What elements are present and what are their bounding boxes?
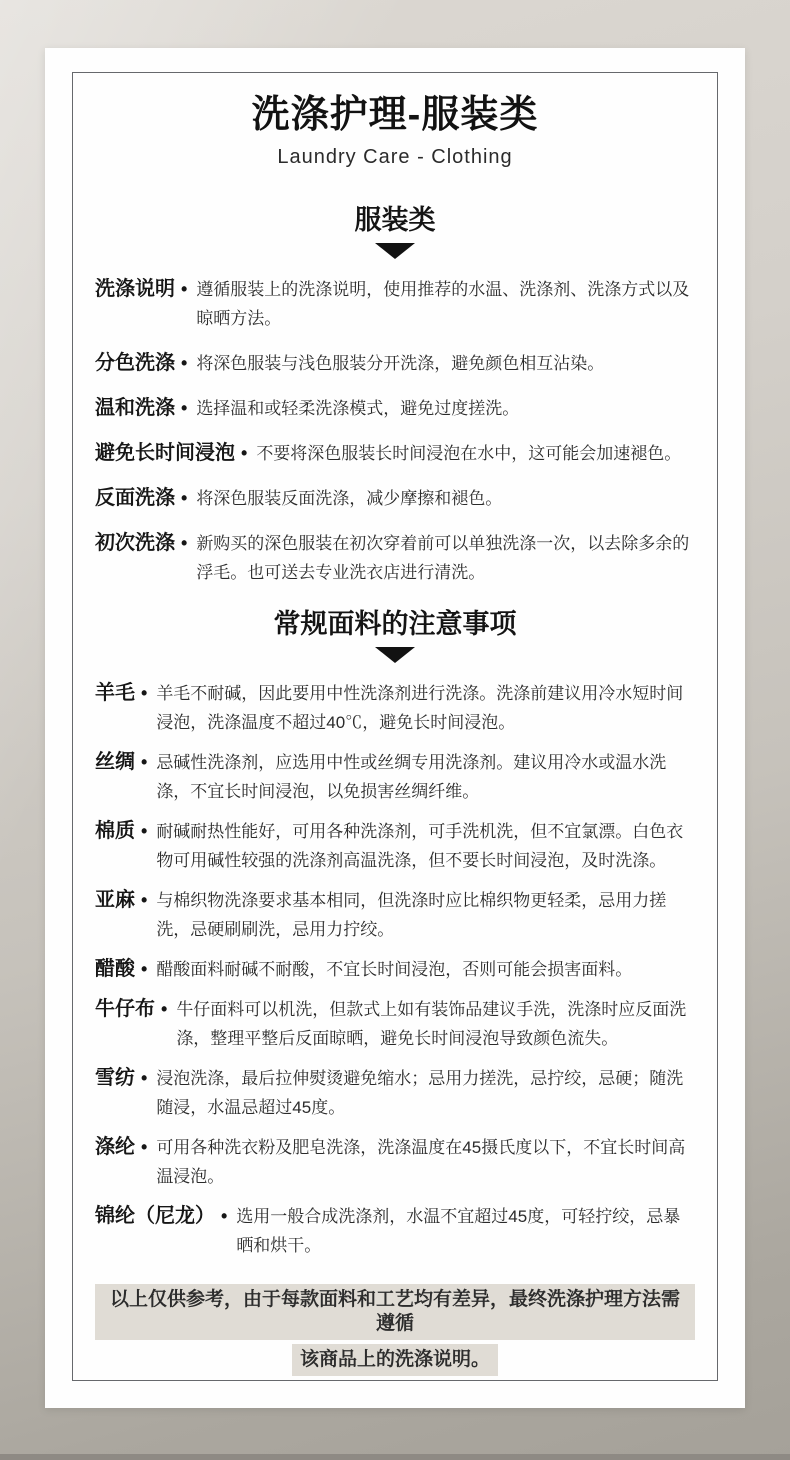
bullet-icon: • <box>141 1137 147 1157</box>
bullet-icon: • <box>141 1068 147 1088</box>
care-item-text: 新购买的深色服装在初次穿着前可以单独洗涤一次，以去除多余的浮毛。也可送去专业洗衣… <box>196 529 695 587</box>
section-heading-fabrics: 常规面料的注意事项 <box>95 609 695 639</box>
bullet-icon: • <box>221 1206 227 1226</box>
bullet-icon: • <box>141 821 147 841</box>
care-item: 初次洗涤• 新购买的深色服装在初次穿着前可以单独洗涤一次，以去除多余的浮毛。也可… <box>95 529 695 587</box>
care-item-text: 牛仔面料可以机洗，但款式上如有装饰品建议手洗，洗涤时应反面洗涤，整理平整后反面晾… <box>176 995 695 1053</box>
down-triangle-icon <box>375 243 415 259</box>
care-item: 温和洗涤• 选择温和或轻柔洗涤模式，避免过度搓洗。 <box>95 394 695 423</box>
care-item-label: 牛仔布• <box>95 995 176 1024</box>
bullet-icon: • <box>141 752 147 772</box>
care-item: 避免长时间浸泡• 不要将深色服装长时间浸泡在水中，这可能会加速褪色。 <box>95 439 695 468</box>
bullet-icon: • <box>181 533 187 553</box>
care-item-text: 醋酸面料耐碱不耐酸，不宜长时间浸泡，否则可能会损害面料。 <box>156 955 695 984</box>
footer-note-line1: 以上仅供参考，由于每款面料和工艺均有差异，最终洗涤护理方法需遵循 <box>95 1284 695 1340</box>
inner-frame: 洗涤护理-服装类 Laundry Care - Clothing 服装类 洗涤说… <box>72 72 718 1381</box>
care-item: 丝绸• 忌碱性洗涤剂，应选用中性或丝绸专用洗涤剂。建议用冷水或温水洗涤，不宜长时… <box>95 748 695 806</box>
care-item-label: 羊毛• <box>95 679 156 708</box>
bullet-icon: • <box>181 398 187 418</box>
fabric-care-list: 羊毛• 羊毛不耐碱，因此要用中性洗涤剂进行洗涤。洗涤前建议用冷水短时间浸泡，洗涤… <box>95 679 695 1260</box>
clothing-care-list: 洗涤说明• 遵循服装上的洗涤说明，使用推荐的水温、洗涤剂、洗涤方式以及晾晒方法。… <box>95 275 695 587</box>
bullet-icon: • <box>141 683 147 703</box>
care-item-label: 棉质• <box>95 817 156 846</box>
care-item-text: 不要将深色服装长时间浸泡在水中，这可能会加速褪色。 <box>256 439 695 468</box>
down-triangle-icon <box>375 647 415 663</box>
care-item-text: 遵循服装上的洗涤说明，使用推荐的水温、洗涤剂、洗涤方式以及晾晒方法。 <box>196 275 695 333</box>
footer-note: 以上仅供参考，由于每款面料和工艺均有差异，最终洗涤护理方法需遵循 该商品上的洗涤… <box>95 1282 695 1378</box>
care-item: 洗涤说明• 遵循服装上的洗涤说明，使用推荐的水温、洗涤剂、洗涤方式以及晾晒方法。 <box>95 275 695 333</box>
care-item-label: 洗涤说明• <box>95 275 196 304</box>
bullet-icon: • <box>181 279 187 299</box>
care-item: 分色洗涤• 将深色服装与浅色服装分开洗涤，避免颜色相互沾染。 <box>95 349 695 378</box>
bullet-icon: • <box>161 999 167 1019</box>
care-item-text: 浸泡洗涤，最后拉伸熨烫避免缩水；忌用力搓洗，忌拧绞，忌硬；随洗随浸，水温忌超过4… <box>156 1064 695 1122</box>
care-item: 亚麻• 与棉织物洗涤要求基本相同，但洗涤时应比棉织物更轻柔，忌用力搓洗，忌硬刷刷… <box>95 886 695 944</box>
care-item-label: 醋酸• <box>95 955 156 984</box>
care-item-label: 雪纺• <box>95 1064 156 1093</box>
care-item: 醋酸• 醋酸面料耐碱不耐酸，不宜长时间浸泡，否则可能会损害面料。 <box>95 955 695 984</box>
care-item-label: 丝绸• <box>95 748 156 777</box>
bullet-icon: • <box>241 443 247 463</box>
background-bottom-edge <box>0 1454 790 1460</box>
care-item-text: 选择温和或轻柔洗涤模式，避免过度搓洗。 <box>196 394 695 423</box>
care-item: 反面洗涤• 将深色服装反面洗涤，减少摩擦和褪色。 <box>95 484 695 513</box>
care-item-label: 初次洗涤• <box>95 529 196 558</box>
care-item-label: 涤纶• <box>95 1133 156 1162</box>
bullet-icon: • <box>141 959 147 979</box>
care-item-text: 将深色服装反面洗涤，减少摩擦和褪色。 <box>196 484 695 513</box>
poster-card: 洗涤护理-服装类 Laundry Care - Clothing 服装类 洗涤说… <box>45 48 745 1408</box>
care-item: 羊毛• 羊毛不耐碱，因此要用中性洗涤剂进行洗涤。洗涤前建议用冷水短时间浸泡，洗涤… <box>95 679 695 737</box>
care-item: 雪纺• 浸泡洗涤，最后拉伸熨烫避免缩水；忌用力搓洗，忌拧绞，忌硬；随洗随浸，水温… <box>95 1064 695 1122</box>
care-item-label: 避免长时间浸泡• <box>95 439 256 468</box>
page-title: 洗涤护理-服装类 <box>95 93 695 139</box>
care-item-text: 忌碱性洗涤剂，应选用中性或丝绸专用洗涤剂。建议用冷水或温水洗涤，不宜长时间浸泡，… <box>156 748 695 806</box>
care-item-label: 反面洗涤• <box>95 484 196 513</box>
care-item: 涤纶• 可用各种洗衣粉及肥皂洗涤，洗涤温度在45摄氏度以下，不宜长时间高温浸泡。 <box>95 1133 695 1191</box>
care-item: 牛仔布• 牛仔面料可以机洗，但款式上如有装饰品建议手洗，洗涤时应反面洗涤，整理平… <box>95 995 695 1053</box>
section-heading-clothing: 服装类 <box>95 205 695 235</box>
care-item-text: 将深色服装与浅色服装分开洗涤，避免颜色相互沾染。 <box>196 349 695 378</box>
care-item: 棉质• 耐碱耐热性能好，可用各种洗涤剂，可手洗机洗，但不宜氯漂。白色衣物可用碱性… <box>95 817 695 875</box>
care-item-label: 温和洗涤• <box>95 394 196 423</box>
care-item-text: 与棉织物洗涤要求基本相同，但洗涤时应比棉织物更轻柔，忌用力搓洗，忌硬刷刷洗，忌用… <box>156 886 695 944</box>
page-subtitle: Laundry Care - Clothing <box>95 143 695 171</box>
care-item-text: 羊毛不耐碱，因此要用中性洗涤剂进行洗涤。洗涤前建议用冷水短时间浸泡，洗涤温度不超… <box>156 679 695 737</box>
care-item-text: 可用各种洗衣粉及肥皂洗涤，洗涤温度在45摄氏度以下，不宜长时间高温浸泡。 <box>156 1133 695 1191</box>
care-item-text: 耐碱耐热性能好，可用各种洗涤剂，可手洗机洗，但不宜氯漂。白色衣物可用碱性较强的洗… <box>156 817 695 875</box>
care-item-label: 锦纶（尼龙）• <box>95 1202 236 1231</box>
bullet-icon: • <box>181 353 187 373</box>
care-item-label: 分色洗涤• <box>95 349 196 378</box>
care-item-text: 选用一般合成洗涤剂，水温不宜超过45度，可轻拧绞，忌暴晒和烘干。 <box>236 1202 695 1260</box>
care-item: 锦纶（尼龙）• 选用一般合成洗涤剂，水温不宜超过45度，可轻拧绞，忌暴晒和烘干。 <box>95 1202 695 1260</box>
bullet-icon: • <box>141 890 147 910</box>
footer-note-line2: 该商品上的洗涤说明。 <box>292 1344 498 1376</box>
care-item-label: 亚麻• <box>95 886 156 915</box>
bullet-icon: • <box>181 488 187 508</box>
